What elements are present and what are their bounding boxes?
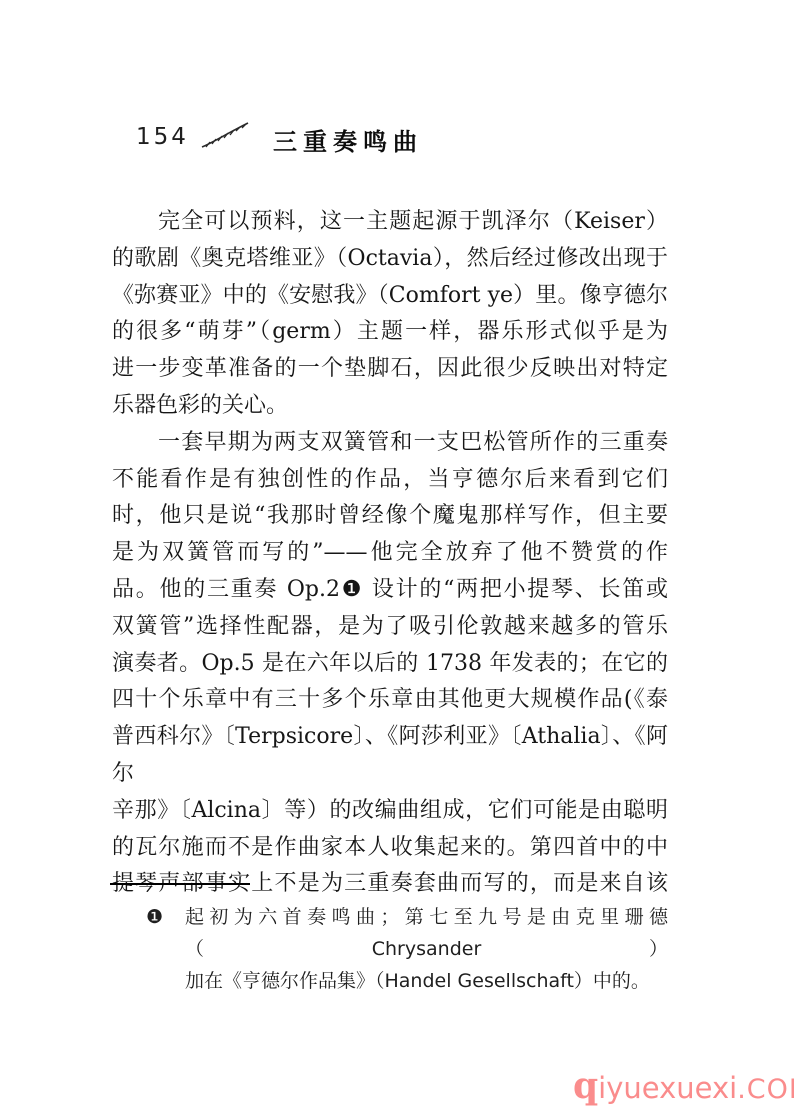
- watermark-q: q: [573, 1065, 598, 1107]
- text-line: 一套早期为两支双簧管和一支巴松管所作的三重奏: [112, 425, 668, 462]
- footnote-line: 起初为六首奏鸣曲；第七至九号是由克里珊德（Chrysander）: [185, 901, 668, 965]
- text-line: 品。他的三重奏 Op.2❶ 设计的“两把小提琴、长笛或: [112, 572, 668, 609]
- text-line: 时，他只是说“我那时曾经像个魔鬼那样写作，但主要: [112, 498, 668, 535]
- paragraph: 完全可以预料，这一主题起源于凯泽尔（Keiser） 的歌剧《奥克塔维亚》（Oct…: [112, 204, 668, 425]
- text-line: 四十个乐章中有三十多个乐章由其他更大规模作品(《泰: [112, 682, 668, 719]
- footnote-marker-icon: ❶: [146, 901, 170, 933]
- text-line: 不能看作是有独创性的作品，当亨德尔后来看到它们: [112, 462, 668, 499]
- footnote: ❶ 起初为六首奏鸣曲；第七至九号是由克里珊德（Chrysander） 加在《亨德…: [146, 901, 668, 997]
- footnote-text: 起初为六首奏鸣曲；第七至九号是由克里珊德（Chrysander） 加在《亨德尔作…: [185, 901, 668, 997]
- text-line: 的很多“萌芽”（germ）主题一样，器乐形式似乎是为: [112, 314, 668, 351]
- text-line: 双簧管”选择性配器，是为了吸引伦敦越来越多的管乐: [112, 609, 668, 646]
- text-line: 的瓦尔施而不是作曲家本人收集起来的。第四首中的中: [112, 830, 668, 867]
- footnote-divider: [110, 883, 250, 885]
- text-line: 是为双簧管而写的”——他完全放弃了他不赞赏的作: [112, 535, 668, 572]
- text-line: 完全可以预料，这一主题起源于凯泽尔（Keiser）: [112, 204, 668, 241]
- footnote-line: 加在《亨德尔作品集》（Handel Gesellschaft）中的。: [185, 965, 668, 997]
- watermark-tld: .COM: [737, 1074, 794, 1105]
- page-number: 154: [136, 124, 189, 150]
- text-line: 演奏者。Op.5 是在六年以后的 1738 年发表的；在它的: [112, 646, 668, 683]
- paragraph: 一套早期为两支双簧管和一支巴松管所作的三重奏 不能看作是有独创性的作品，当亨德尔…: [112, 425, 668, 903]
- text-line: 进一步变革准备的一个垫脚石，因此很少反映出对特定: [112, 351, 668, 388]
- site-watermark: qiyuexuexi.COM: [573, 1066, 794, 1113]
- text-line: 《弥赛亚》中的《安慰我》（Comfort ye）里。像亨德尔: [112, 278, 668, 315]
- text-line: 辛那》〔Alcina〕等）的改编曲组成，它们可能是由聪明: [112, 793, 668, 830]
- quill-squiggle-icon: [198, 118, 254, 150]
- watermark-mid: iyuexuexi: [598, 1071, 737, 1105]
- text-line: 的歌剧《奥克塔维亚》（Octavia），然后经过修改出现于: [112, 241, 668, 278]
- body-text: 完全可以预料，这一主题起源于凯泽尔（Keiser） 的歌剧《奥克塔维亚》（Oct…: [112, 204, 668, 903]
- chapter-title: 三重奏鸣曲: [273, 122, 423, 157]
- text-line: 乐器色彩的关心。: [112, 388, 668, 425]
- text-line: 普西科尔》〔Terpsicore〕、《阿莎利亚》〔Athalia〕、《阿尔: [112, 719, 668, 793]
